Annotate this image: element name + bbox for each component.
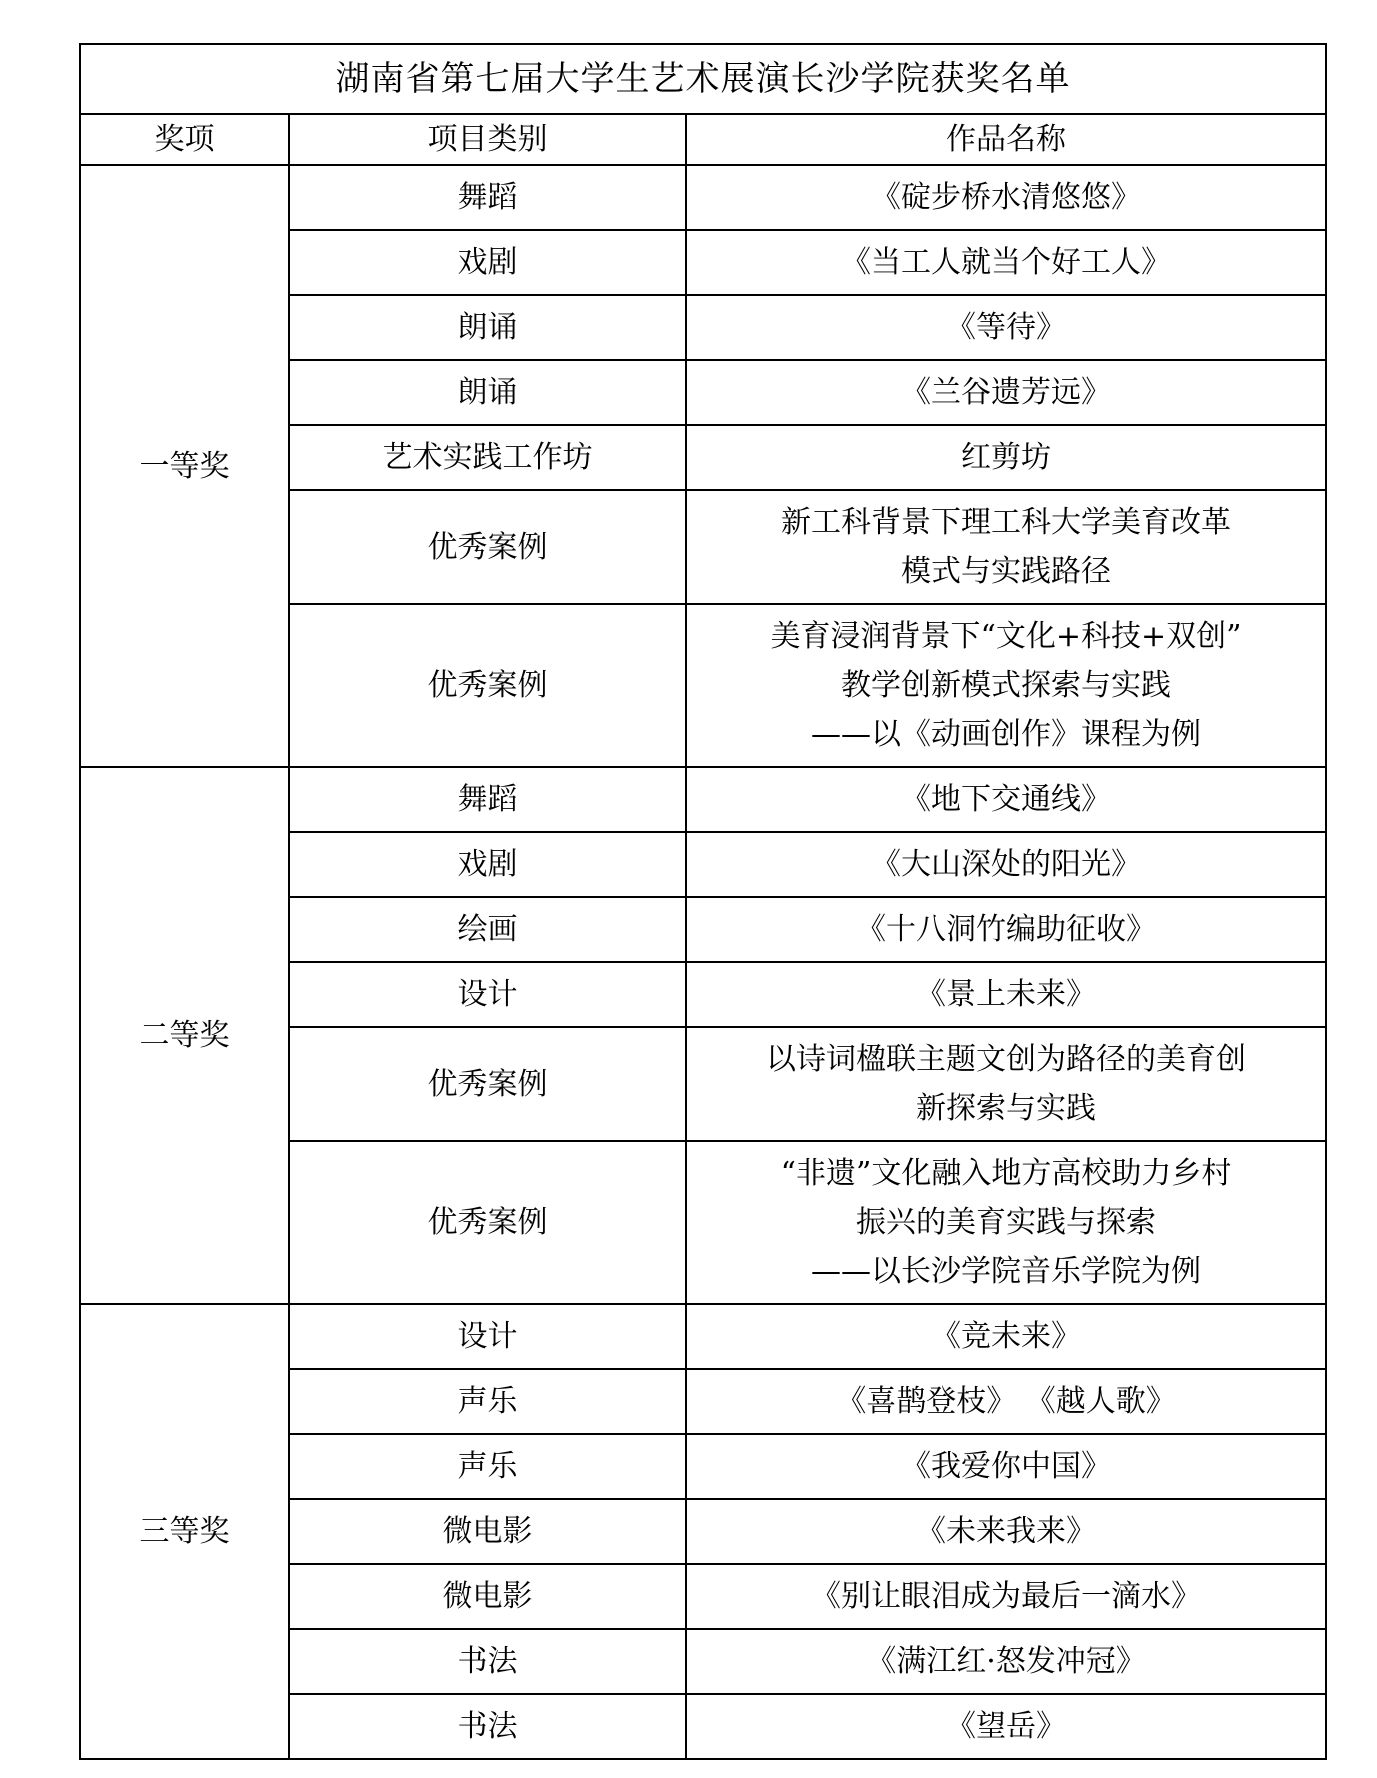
award-group-cell: 二等奖 bbox=[80, 767, 289, 1304]
work-title-line: ——以《动画创作》课程为例 bbox=[693, 710, 1319, 759]
table-title: 湖南省第七届大学生艺术展演长沙学院获奖名单 bbox=[80, 44, 1326, 114]
work-title-line: 《未来我来》 bbox=[693, 1507, 1319, 1556]
work-title-line: 《我爱你中国》 bbox=[693, 1442, 1319, 1491]
category-cell: 优秀案例 bbox=[289, 604, 686, 767]
column-header-work: 作品名称 bbox=[686, 114, 1326, 165]
work-title-cell: 《竞未来》 bbox=[686, 1304, 1326, 1369]
work-title-cell: 《未来我来》 bbox=[686, 1499, 1326, 1564]
category-cell: 声乐 bbox=[289, 1434, 686, 1499]
table-row: 三等奖设计《竞未来》 bbox=[80, 1304, 1326, 1369]
work-title-cell: 以诗词楹联主题文创为路径的美育创新探索与实践 bbox=[686, 1027, 1326, 1141]
category-cell: 朗诵 bbox=[289, 295, 686, 360]
work-title-cell: “非遗”文化融入地方高校助力乡村振兴的美育实践与探索——以长沙学院音乐学院为例 bbox=[686, 1141, 1326, 1304]
work-title-line: 新探索与实践 bbox=[693, 1084, 1319, 1133]
work-title-cell: 《十八洞竹编助征收》 bbox=[686, 897, 1326, 962]
awards-table: 湖南省第七届大学生艺术展演长沙学院获奖名单 奖项 项目类别 作品名称 一等奖舞蹈… bbox=[79, 43, 1327, 1760]
category-cell: 舞蹈 bbox=[289, 767, 686, 832]
work-title-line: 振兴的美育实践与探索 bbox=[693, 1198, 1319, 1247]
category-cell: 朗诵 bbox=[289, 360, 686, 425]
work-title-cell: 新工科背景下理工科大学美育改革模式与实践路径 bbox=[686, 490, 1326, 604]
table-row: 一等奖舞蹈《碇步桥水清悠悠》 bbox=[80, 165, 1326, 230]
header-row: 奖项 项目类别 作品名称 bbox=[80, 114, 1326, 165]
work-title-line: “非遗”文化融入地方高校助力乡村 bbox=[693, 1149, 1319, 1198]
category-cell: 设计 bbox=[289, 962, 686, 1027]
work-title-line: 《喜鹊登枝》 《越人歌》 bbox=[693, 1377, 1319, 1426]
work-title-cell: 《我爱你中国》 bbox=[686, 1434, 1326, 1499]
column-header-category: 项目类别 bbox=[289, 114, 686, 165]
work-title-line: 《满江红·怒发冲冠》 bbox=[693, 1637, 1319, 1686]
work-title-line: 《竞未来》 bbox=[693, 1312, 1319, 1361]
document-page: 湖南省第七届大学生艺术展演长沙学院获奖名单 奖项 项目类别 作品名称 一等奖舞蹈… bbox=[0, 0, 1377, 1778]
work-title-line: 《等待》 bbox=[693, 303, 1319, 352]
work-title-cell: 《喜鹊登枝》 《越人歌》 bbox=[686, 1369, 1326, 1434]
work-title-cell: 美育浸润背景下“文化+科技+双创”教学创新模式探索与实践——以《动画创作》课程为… bbox=[686, 604, 1326, 767]
category-cell: 艺术实践工作坊 bbox=[289, 425, 686, 490]
category-cell: 戏剧 bbox=[289, 832, 686, 897]
work-title-line: 《碇步桥水清悠悠》 bbox=[693, 173, 1319, 222]
work-title-line: 新工科背景下理工科大学美育改革 bbox=[693, 498, 1319, 547]
work-title-line: 《十八洞竹编助征收》 bbox=[693, 905, 1319, 954]
column-header-award: 奖项 bbox=[80, 114, 289, 165]
category-cell: 设计 bbox=[289, 1304, 686, 1369]
award-group-cell: 三等奖 bbox=[80, 1304, 289, 1759]
work-title-line: 模式与实践路径 bbox=[693, 547, 1319, 596]
category-cell: 舞蹈 bbox=[289, 165, 686, 230]
work-title-line: 《别让眼泪成为最后一滴水》 bbox=[693, 1572, 1319, 1621]
work-title-line: 《兰谷遗芳远》 bbox=[693, 368, 1319, 417]
category-cell: 戏剧 bbox=[289, 230, 686, 295]
work-title-cell: 《大山深处的阳光》 bbox=[686, 832, 1326, 897]
work-title-line: ——以长沙学院音乐学院为例 bbox=[693, 1247, 1319, 1296]
work-title-cell: 《当工人就当个好工人》 bbox=[686, 230, 1326, 295]
work-title-line: 以诗词楹联主题文创为路径的美育创 bbox=[693, 1035, 1319, 1084]
category-cell: 微电影 bbox=[289, 1499, 686, 1564]
work-title-cell: 《地下交通线》 bbox=[686, 767, 1326, 832]
work-title-line: 《当工人就当个好工人》 bbox=[693, 238, 1319, 287]
work-title-line: 美育浸润背景下“文化+科技+双创” bbox=[693, 612, 1319, 661]
work-title-line: 《景上未来》 bbox=[693, 970, 1319, 1019]
category-cell: 微电影 bbox=[289, 1564, 686, 1629]
work-title-cell: 《景上未来》 bbox=[686, 962, 1326, 1027]
work-title-cell: 《望岳》 bbox=[686, 1694, 1326, 1759]
category-cell: 优秀案例 bbox=[289, 1141, 686, 1304]
work-title-cell: 《兰谷遗芳远》 bbox=[686, 360, 1326, 425]
table-row: 二等奖舞蹈《地下交通线》 bbox=[80, 767, 1326, 832]
category-cell: 书法 bbox=[289, 1694, 686, 1759]
category-cell: 优秀案例 bbox=[289, 1027, 686, 1141]
work-title-line: 《地下交通线》 bbox=[693, 775, 1319, 824]
work-title-cell: 红剪坊 bbox=[686, 425, 1326, 490]
work-title-cell: 《别让眼泪成为最后一滴水》 bbox=[686, 1564, 1326, 1629]
work-title-cell: 《等待》 bbox=[686, 295, 1326, 360]
work-title-cell: 《满江红·怒发冲冠》 bbox=[686, 1629, 1326, 1694]
category-cell: 声乐 bbox=[289, 1369, 686, 1434]
work-title-cell: 《碇步桥水清悠悠》 bbox=[686, 165, 1326, 230]
work-title-line: 《大山深处的阳光》 bbox=[693, 840, 1319, 889]
award-group-cell: 一等奖 bbox=[80, 165, 289, 767]
category-cell: 绘画 bbox=[289, 897, 686, 962]
title-row: 湖南省第七届大学生艺术展演长沙学院获奖名单 bbox=[80, 44, 1326, 114]
work-title-line: 红剪坊 bbox=[693, 433, 1319, 482]
work-title-line: 教学创新模式探索与实践 bbox=[693, 661, 1319, 710]
category-cell: 优秀案例 bbox=[289, 490, 686, 604]
category-cell: 书法 bbox=[289, 1629, 686, 1694]
work-title-line: 《望岳》 bbox=[693, 1702, 1319, 1751]
